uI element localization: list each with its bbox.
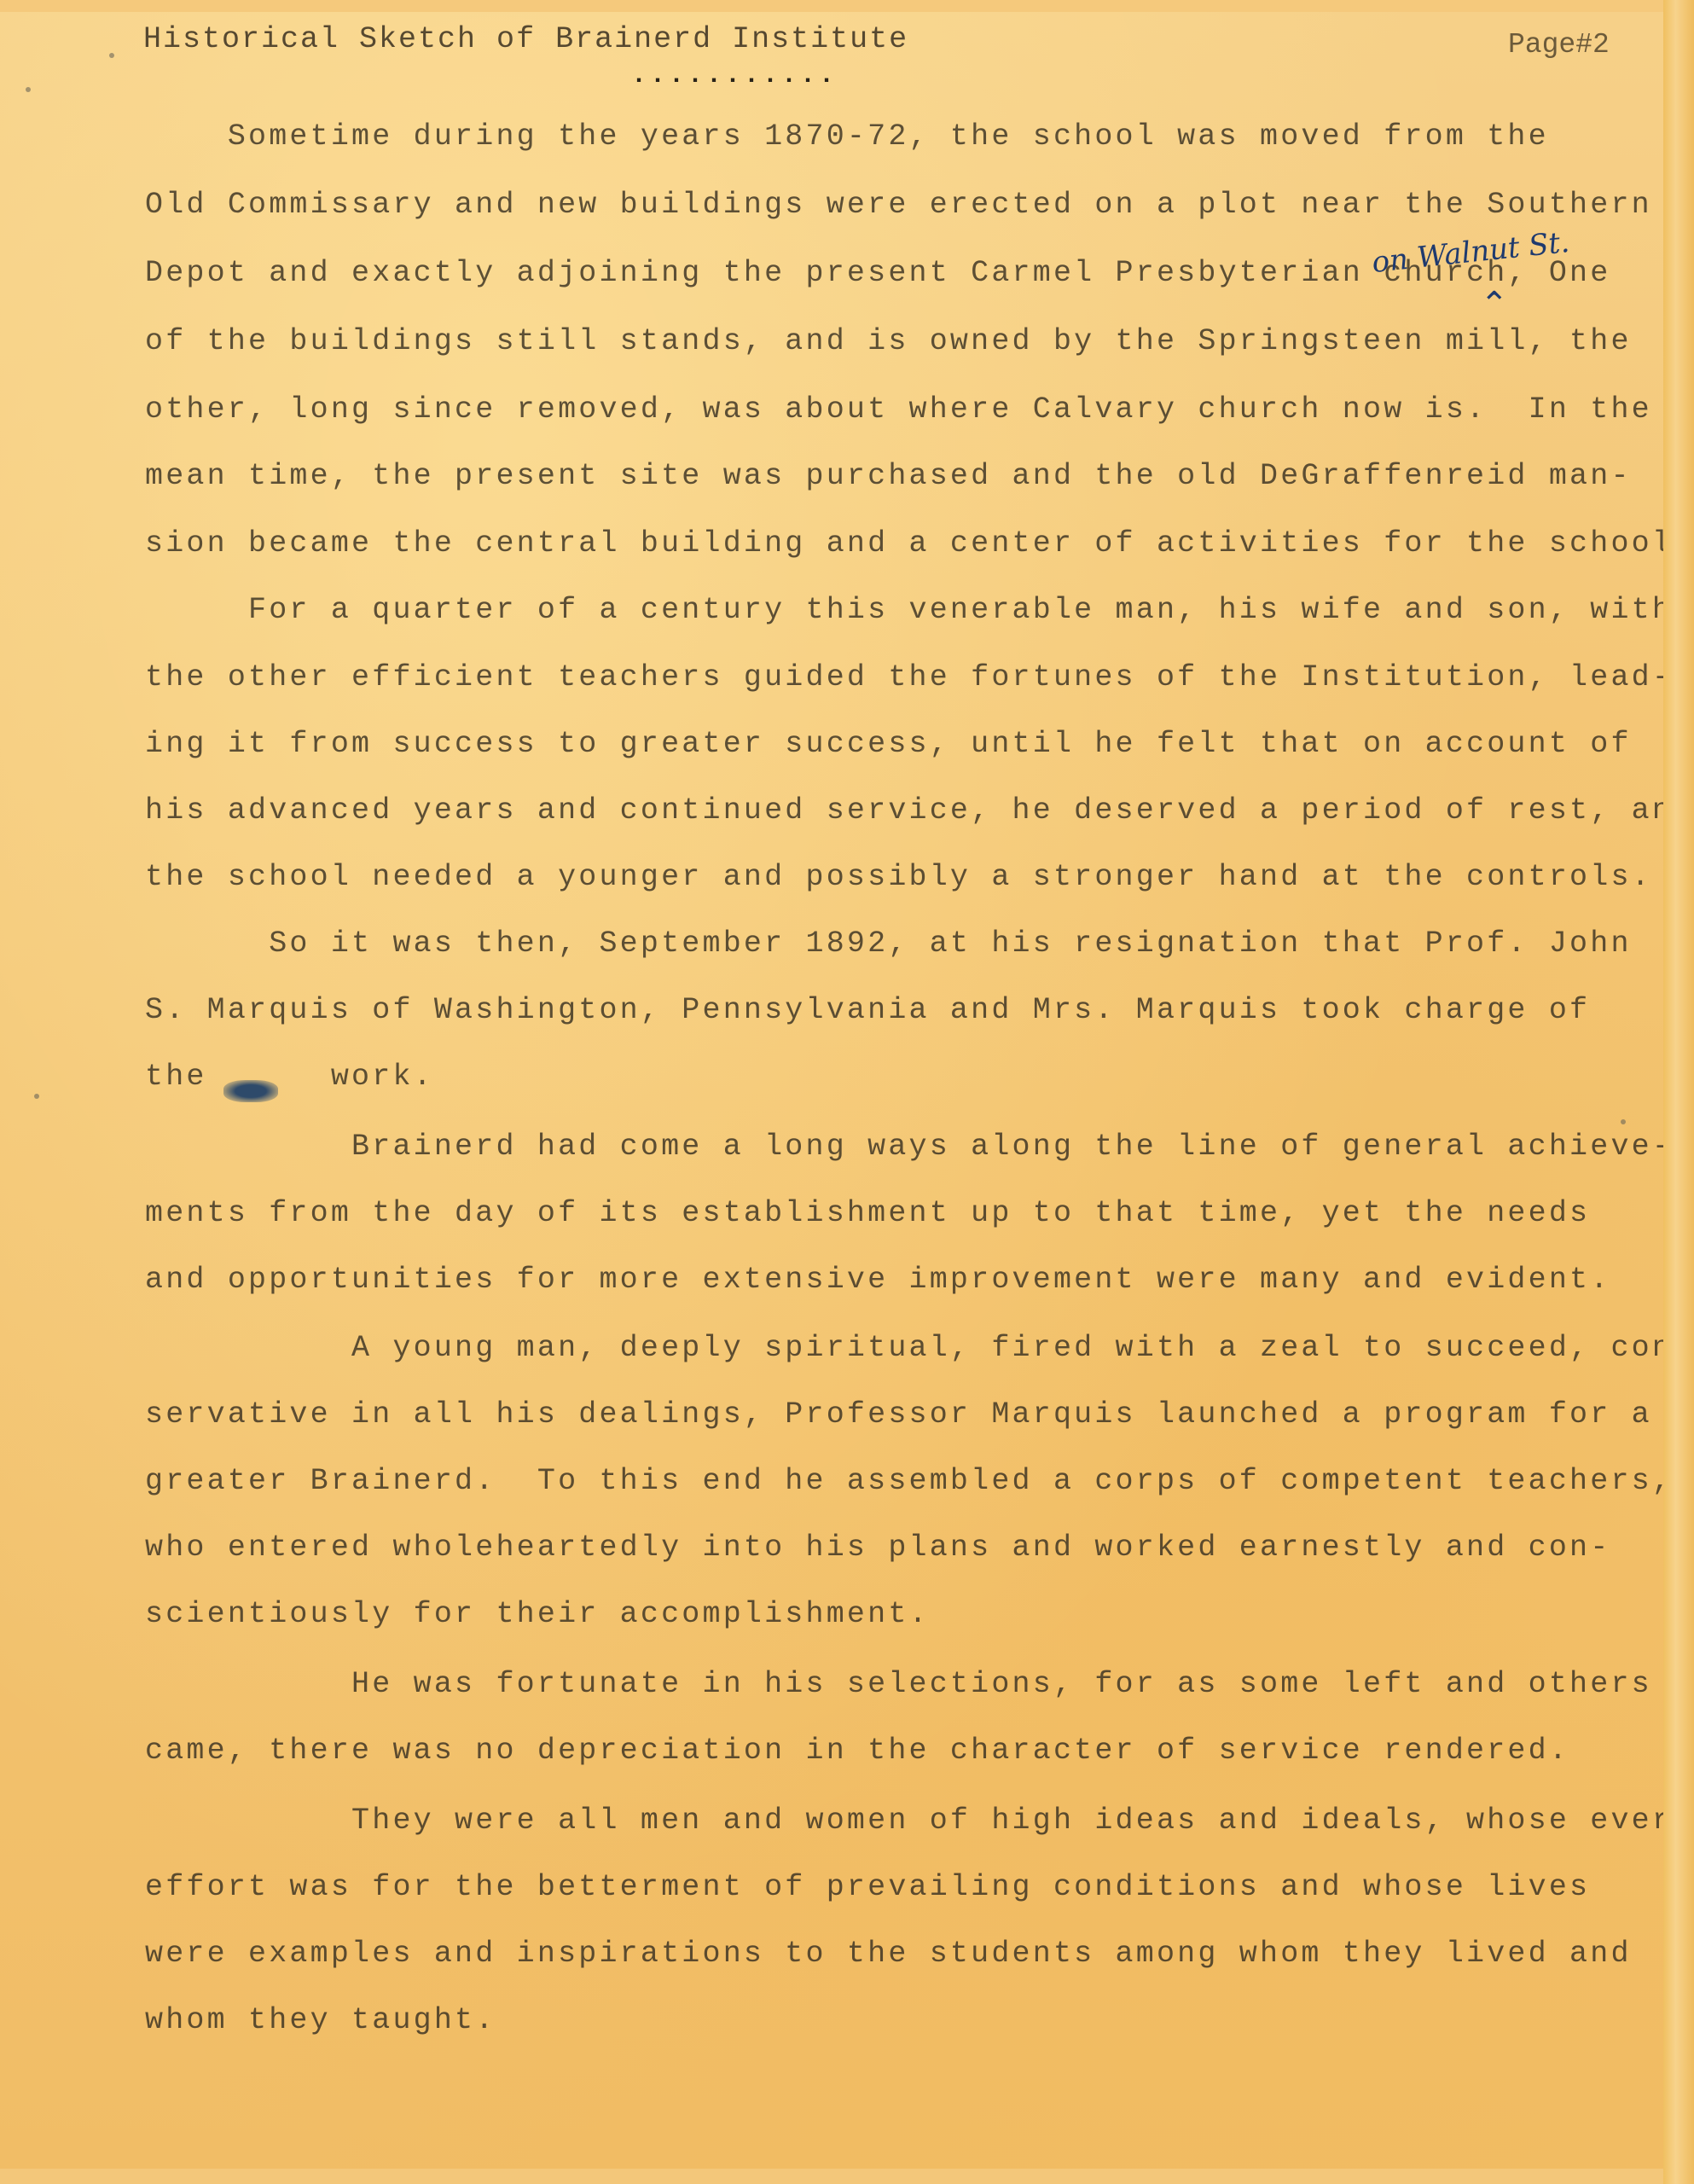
body-line: scientiously for their accomplishment. bbox=[145, 1597, 930, 1631]
title-separator: ........... bbox=[631, 61, 838, 90]
body-line: who entered wholeheartedly into his plan… bbox=[145, 1531, 1610, 1565]
body-line: came, there was no depreciation in the c… bbox=[145, 1734, 1569, 1768]
body-line: the other efficient teachers guided the … bbox=[145, 660, 1673, 694]
scan-top-edge bbox=[0, 0, 1694, 12]
body-line: and opportunities for more extensive imp… bbox=[145, 1263, 1610, 1297]
body-line: Sometime during the years 1870-72, the s… bbox=[145, 119, 1549, 154]
body-line: sion became the central building and a c… bbox=[145, 526, 1693, 561]
paper-speck bbox=[26, 87, 31, 92]
body-line: Brainerd had come a long ways along the … bbox=[145, 1130, 1673, 1164]
body-line: were examples and inspirations to the st… bbox=[145, 1937, 1632, 1971]
insertion-caret-icon: ⌃ bbox=[1480, 285, 1509, 324]
body-line: He was fortunate in his selections, for … bbox=[145, 1667, 1652, 1701]
body-line: greater Brainerd. To this end he assembl… bbox=[145, 1464, 1673, 1498]
body-line: ing it from success to greater success, … bbox=[145, 727, 1632, 761]
body-line: Old Commissary and new buildings were er… bbox=[145, 188, 1652, 222]
body-line: So it was then, September 1892, at his r… bbox=[145, 926, 1632, 961]
body-line: They were all men and women of high idea… bbox=[145, 1804, 1693, 1838]
body-line: effort was for the betterment of prevail… bbox=[145, 1870, 1590, 1904]
document-title: Historical Sketch of Brainerd Institute bbox=[143, 22, 908, 56]
paper-speck bbox=[34, 1094, 39, 1099]
body-line: ments from the day of its establishment … bbox=[145, 1196, 1590, 1230]
body-line: S. Marquis of Washington, Pennsylvania a… bbox=[145, 993, 1590, 1027]
scan-right-edge bbox=[1663, 0, 1694, 2184]
body-line: other, long since removed, was about whe… bbox=[145, 392, 1652, 427]
body-line: servative in all his dealings, Professor… bbox=[145, 1397, 1652, 1432]
paper-speck bbox=[1621, 1119, 1626, 1124]
body-line: mean time, the present site was purchase… bbox=[145, 459, 1632, 493]
ink-smudge bbox=[223, 1080, 278, 1102]
body-line: the school needed a younger and possibly… bbox=[145, 860, 1652, 894]
body-line: A young man, deeply spiritual, fired wit… bbox=[145, 1331, 1693, 1365]
paper-page: Historical Sketch of Brainerd Institute … bbox=[0, 12, 1663, 2169]
body-line: For a quarter of a century this venerabl… bbox=[145, 593, 1673, 627]
body-line: whom they taught. bbox=[145, 2003, 496, 2037]
body-line: of the buildings still stands, and is ow… bbox=[145, 324, 1632, 358]
page-number: Page#2 bbox=[1508, 29, 1610, 61]
body-line: his advanced years and continued service… bbox=[145, 793, 1693, 828]
body-line: the work. bbox=[145, 1060, 434, 1094]
paper-speck bbox=[109, 53, 114, 58]
